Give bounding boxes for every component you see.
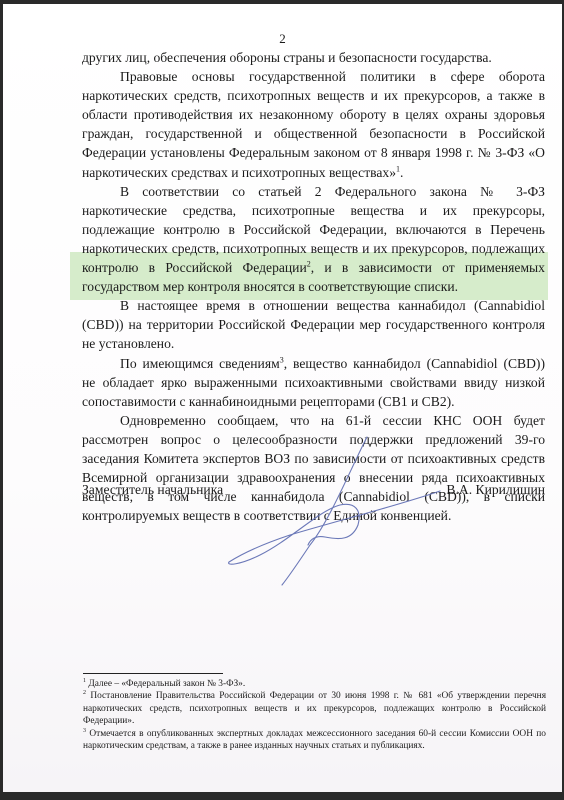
footnotes: 1 Далее – «Федеральный закон № 3-ФЗ». 2 … xyxy=(83,678,546,752)
footnote-3: 3 Отмечается в опубликованных экспертных… xyxy=(83,728,546,753)
footnote-text: Постановление Правительства Российской Ф… xyxy=(83,691,546,726)
footnote-text: Отмечается в опубликованных экспертных д… xyxy=(83,729,546,751)
footnote-1: 1 Далее – «Федеральный закон № 3-ФЗ». xyxy=(83,678,546,690)
footnote-number: 2 xyxy=(83,690,86,696)
footnote-number: 3 xyxy=(83,728,86,734)
footnote-divider xyxy=(83,673,223,674)
footnote-number: 1 xyxy=(83,678,86,684)
footnote-2: 2 Постановление Правительства Российской… xyxy=(83,690,546,727)
footnote-text: Далее – «Федеральный закон № 3-ФЗ». xyxy=(88,679,245,689)
